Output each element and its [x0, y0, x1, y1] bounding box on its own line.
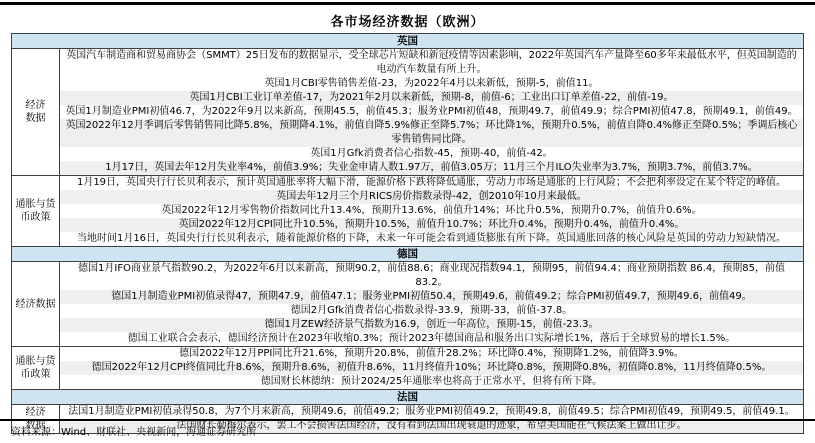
uk-inflation-rows: 1月19日，英国央行行长贝利表示，预计英国通胀率将大幅下滑，能源价格下跌将降低通…: [60, 176, 803, 246]
data-row: 1月17日，英国去年12月失业率4%，前值3.9%；失业金申请人数1.97万，前…: [60, 161, 803, 175]
label-line: 币政策: [21, 368, 51, 381]
data-row: 德国2022年12月CPI终值同比升8.6%，预期升8.6%，初值升8.6%，1…: [60, 361, 803, 375]
data-row: 德国财长林德纳：预计2024/25年通胀率也将高于正常水平，但将有所下降。: [60, 375, 803, 389]
data-row: 德国工业联合会表示，德国经济预计在2023年收缩0.3%；预计2023年德国商品…: [60, 332, 803, 346]
data-row: 英国汽车制造商和贸易商协会（SMMT）25日发布的数据显示，受全球芯片短缺和新冠…: [60, 49, 803, 77]
label-line: 数据: [26, 112, 46, 125]
data-row: 德国1月制造业PMI初值录得47，预期47.9，前值47.1；服务业PMI初值5…: [60, 290, 803, 304]
data-row: 英国2022年12月季调后零售销售同比降5.8%，预期降4.1%，前值自降5.9…: [60, 119, 803, 147]
label-line: 经济数据: [16, 298, 56, 311]
germany-economic-rows: 德国1月IFO商业景气指数90.2，为2022年6月以来新高，预期90.2，前值…: [60, 262, 803, 346]
data-row: 德国1月IFO商业景气指数90.2，为2022年6月以来新高，预期90.2，前值…: [60, 262, 803, 290]
figure-title: 各市场经济数据（欧洲）: [0, 11, 815, 30]
uk-economic-data-block: 经济 数据 英国汽车制造商和贸易商协会（SMMT）25日发布的数据显示，受全球芯…: [12, 49, 803, 175]
germany-economic-data-block: 经济数据 德国1月IFO商业景气指数90.2，为2022年6月以来新高，预期90…: [12, 262, 803, 346]
germany-inflation-rows: 德国2022年12月PPI同比升21.6%，预期升20.8%，前值升28.2%；…: [60, 347, 803, 389]
label-line: 经济: [26, 99, 46, 112]
label-line: 经济: [26, 406, 46, 419]
section-header-uk: 英国: [12, 34, 803, 49]
data-row: 英国1月Gfk消费者信心指数-45，预期-40，前值-42。: [60, 147, 803, 161]
data-row: 英国2022年12月零售物价指数同比升13.4%，预期升13.6%，前值升14%…: [60, 204, 803, 218]
uk-inflation-policy-block: 通胀与货 币政策 1月19日，英国央行行长贝利表示，预计英国通胀率将大幅下滑，能…: [12, 175, 803, 246]
data-row: 英国1月制造业PMI初值46.7，为2022年9月以来新高，预期45.5，前值4…: [60, 105, 803, 119]
row-label-uk-inflation-policy: 通胀与货 币政策: [12, 176, 60, 246]
uk-economic-rows: 英国汽车制造商和贸易商协会（SMMT）25日发布的数据显示，受全球芯片短缺和新冠…: [60, 49, 803, 175]
data-row: 1月19日，英国央行行长贝利表示，预计英国通胀率将大幅下滑，能源价格下跌将降低通…: [60, 176, 803, 190]
source-note: 资料来源：Wind、财联社、央视新闻，海通证券研究所: [11, 426, 256, 439]
section-header-germany: 德国: [12, 246, 803, 262]
data-row: 法国1月制造业PMI初值录得50.8，为7个月来新高，预期49.6，前值49.2…: [60, 405, 803, 419]
data-row: 英国1月CBI工业订单差值-17，为2021年2月以来新低，预期-8，前值-6；…: [60, 91, 803, 105]
data-row: 英国去年12月三个月RICS房价指数录得-42，创2010年10月来最低。: [60, 190, 803, 204]
data-row: 德国1月ZEW经济景气指数为16.9，创近一年高位，预期-15，前值-23.3。: [60, 318, 803, 332]
data-row: 德国2022年12月PPI同比升21.6%，预期升20.8%，前值升28.2%；…: [60, 347, 803, 361]
row-label-germany-economic-data: 经济数据: [12, 262, 60, 346]
economic-data-table: 英国 经济 数据 英国汽车制造商和贸易商协会（SMMT）25日发布的数据显示，受…: [11, 33, 804, 434]
data-row: 当地时间1月16日，英国央行行长贝利表示，随着能源价格的下降，未来一年可能会看到…: [60, 232, 803, 246]
row-label-germany-inflation-policy: 通胀与货 币政策: [12, 347, 60, 389]
label-line: 币政策: [21, 211, 51, 224]
top-rule: [0, 2, 815, 5]
label-line: 通胀与货: [16, 198, 56, 211]
data-row: 德国2月Gfk消费者信心指数录得-33.9，预期-33，前值-37.8。: [60, 304, 803, 318]
data-row: 英国2022年12月CPI同比升10.5%，预期升10.5%，前值升10.7%；…: [60, 218, 803, 232]
label-line: 通胀与货: [16, 355, 56, 368]
report-figure: 各市场经济数据（欧洲） 英国 经济 数据 英国汽车制造商和贸易商协会（SMMT）…: [0, 0, 815, 443]
germany-inflation-policy-block: 通胀与货 币政策 德国2022年12月PPI同比升21.6%，预期升20.8%，…: [12, 346, 803, 389]
row-label-uk-economic-data: 经济 数据: [12, 49, 60, 175]
data-row: 英国1月CBI零售销售差值-23，为2022年4月以来新低，预期-5，前值11。: [60, 77, 803, 91]
bottom-rule: [0, 419, 815, 421]
section-header-france: 法国: [12, 389, 803, 405]
